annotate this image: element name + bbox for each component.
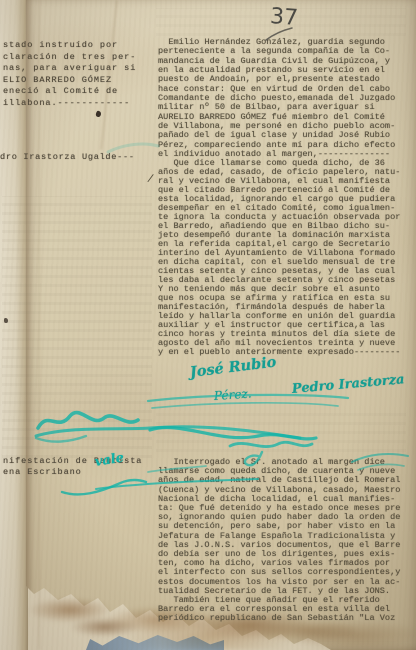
ink-speck — [4, 318, 8, 323]
margin-note-witness-1: dro Irastorza Ugalde--- — [0, 152, 135, 164]
signature-perez: Pérez. — [214, 386, 253, 403]
body-paragraph-declaration-1: Que dice llamarse como queda dicho, de 3… — [158, 159, 400, 357]
body-paragraph-intro: Emilio Hernández González, guardia segun… — [158, 38, 395, 159]
torn-gap-background — [86, 630, 224, 650]
page-number-handwritten: 37 — [269, 4, 299, 31]
scanned-document: 37 stado instruído por claración de tres… — [0, 0, 416, 650]
body-paragraph-declaration-2: Interrogado el Sr. anotado al margen dic… — [158, 458, 400, 624]
margin-note-summary: stado instruído por claración de tres pe… — [3, 40, 136, 110]
